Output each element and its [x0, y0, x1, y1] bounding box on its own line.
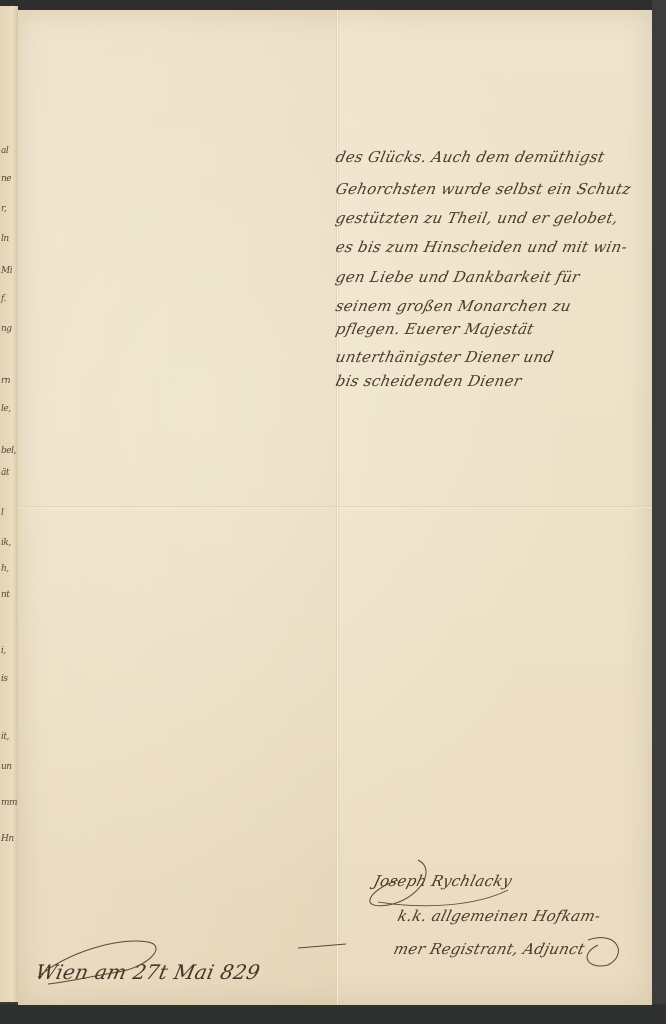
margin-fragment: i, [1, 646, 6, 656]
margin-fragment: al [1, 146, 8, 156]
margin-fragment: it, [1, 732, 9, 742]
signature-title: mer Registrant, Adjunct [392, 940, 587, 958]
margin-fragment: nt [1, 590, 9, 600]
body-line: gen Liebe und Dankbarkeit für [334, 268, 581, 286]
signature-name: Joseph Rychlacky [372, 872, 514, 890]
letter-sheet: des Glücks. Auch dem demüthigst Gehorchs… [18, 10, 652, 1005]
margin-fragment: mm [1, 798, 17, 808]
body-line: es bis zum Hinscheiden und mit win- [334, 238, 629, 256]
margin-fragment: l [1, 508, 3, 518]
body-line: gestützten zu Theil, und er gelobet, [334, 209, 620, 227]
body-line: bis scheidenden Diener [334, 372, 523, 390]
scan-border-bottom [0, 1004, 666, 1024]
body-line: Gehorchsten wurde selbst ein Schutz [334, 180, 633, 198]
body-line: des Glücks. Auch dem demüthigst [334, 148, 606, 166]
margin-fragment: le, [1, 404, 11, 414]
body-line: unterthänigster Diener und [334, 348, 555, 366]
margin-fragment: un [1, 762, 12, 772]
dateline: Wien am 27t Mai 829 [33, 960, 262, 984]
margin-fragment: Mi [1, 266, 12, 276]
margin-fragment: ne [1, 174, 11, 184]
scan-border-top [0, 0, 666, 10]
body-line: seinem großen Monarchen zu [334, 297, 573, 315]
margin-fragment: r, [1, 204, 6, 214]
adjacent-page-edge: al ne r, ln Mi f. ng rn le, bel, ät l ik… [0, 6, 18, 1002]
margin-fragment: is [1, 674, 8, 684]
margin-fragment: rn [1, 376, 10, 386]
margin-fragment: Hn [1, 834, 14, 844]
margin-fragment: h, [1, 564, 9, 574]
signature-title: k.k. allgemeinen Hofkam- [396, 907, 603, 925]
margin-fragment: bel, [1, 446, 16, 456]
scanned-document: al ne r, ln Mi f. ng rn le, bel, ät l ik… [0, 0, 666, 1024]
margin-fragment: f. [1, 294, 6, 304]
scan-border-right [652, 0, 666, 1024]
body-line: pflegen. Euerer Majestät [334, 320, 536, 338]
horizontal-fold-line [18, 506, 652, 508]
margin-fragment: ng [1, 324, 12, 334]
margin-fragment: ät [1, 468, 9, 478]
margin-fragment: ln [1, 234, 9, 244]
margin-fragment: ik, [1, 538, 11, 548]
